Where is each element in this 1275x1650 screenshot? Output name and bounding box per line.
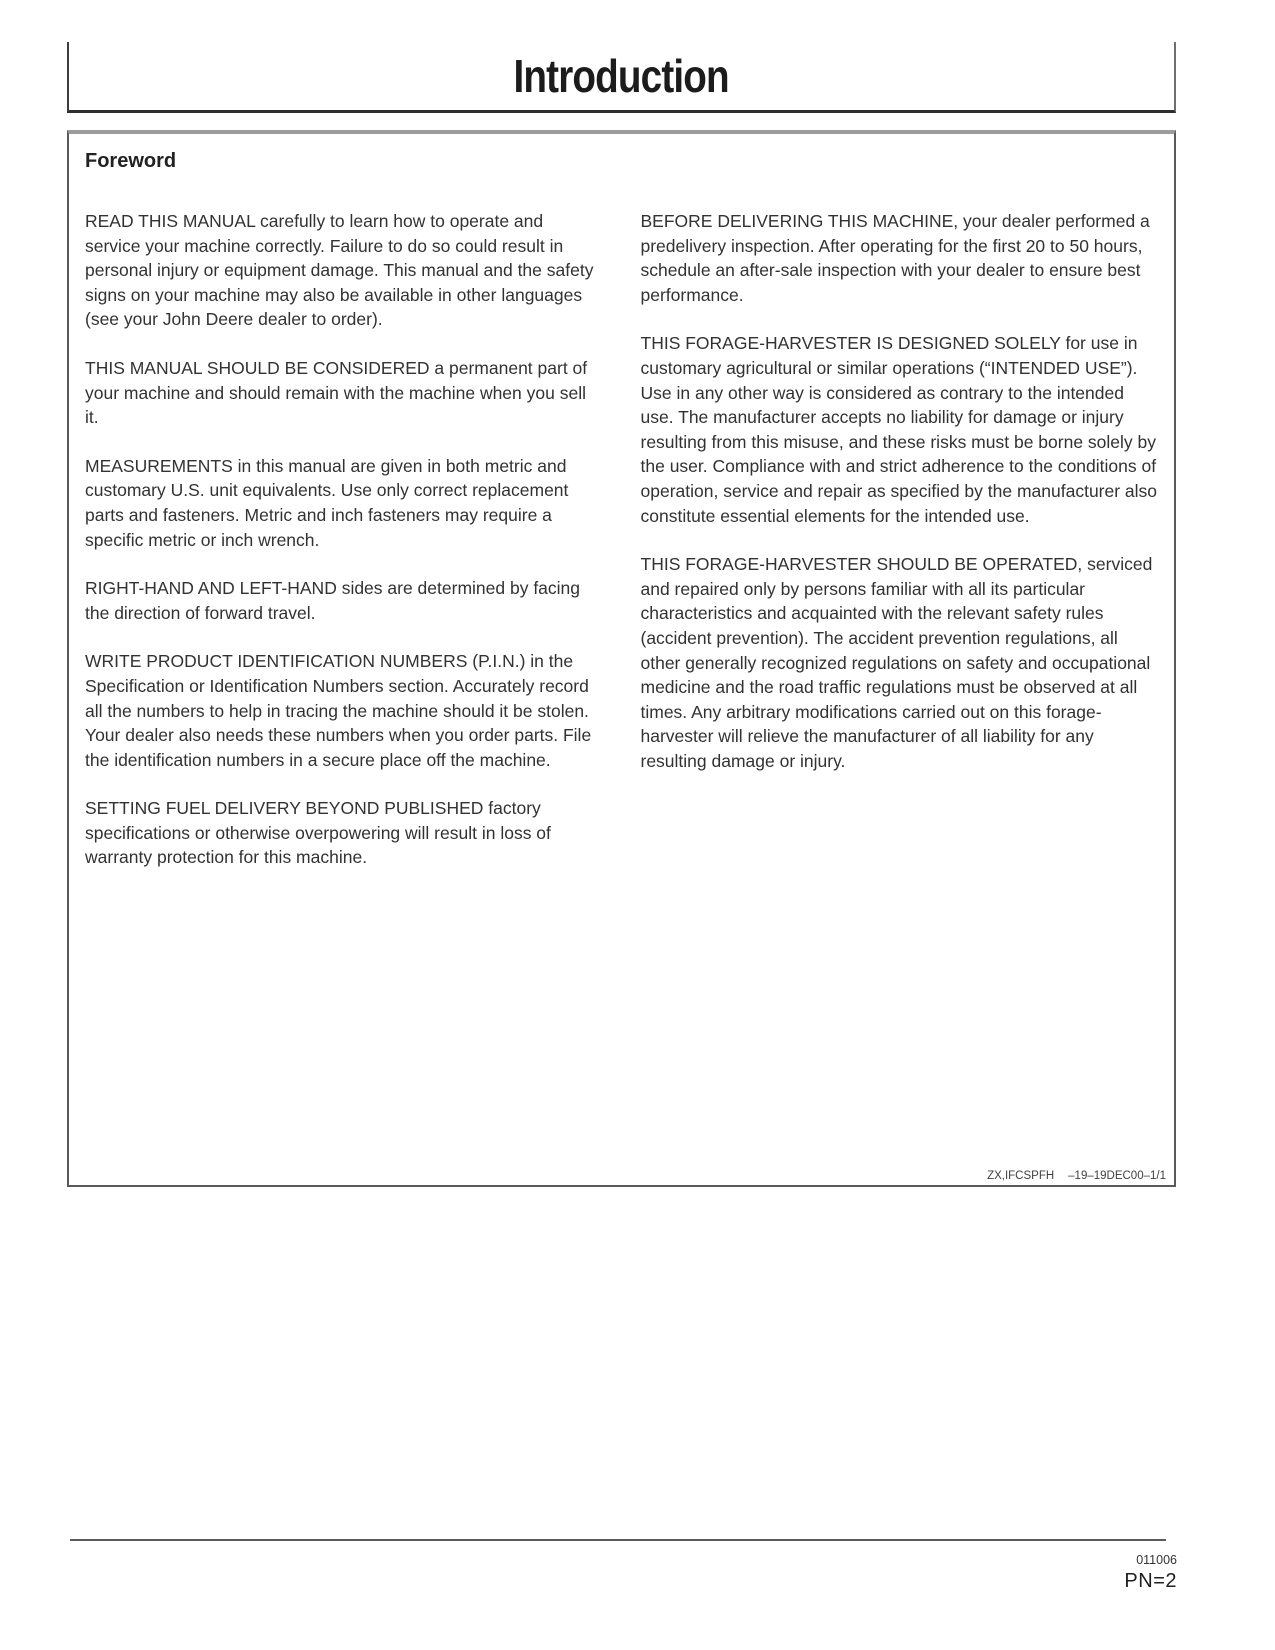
revision-stamp: ZX,IFCSPFH–19–19DEC00–1/1 (987, 1170, 1166, 1182)
stamp-code: ZX,IFCSPFH (987, 1170, 1054, 1182)
paragraph-manual-considered: THIS MANUAL SHOULD BE CONSIDERED a perma… (85, 356, 603, 430)
footer-divider (70, 1539, 1166, 1541)
paragraph-fuel-delivery: SETTING FUEL DELIVERY BEYOND PUBLISHED f… (85, 796, 603, 870)
paragraph-measurements: MEASUREMENTS in this manual are given in… (85, 454, 603, 552)
page-title: Introduction (514, 49, 729, 103)
right-column: BEFORE DELIVERING THIS MACHINE, your dea… (641, 209, 1159, 894)
paragraph-right-left-hand: RIGHT-HAND AND LEFT-HAND sides are deter… (85, 576, 603, 625)
foreword-columns: READ THIS MANUAL carefully to learn how … (83, 209, 1160, 894)
paragraph-intended-use: THIS FORAGE-HARVESTER IS DESIGNED SOLELY… (641, 331, 1159, 528)
section-title-box: Introduction (67, 42, 1176, 113)
foreword-section: Foreword READ THIS MANUAL carefully to l… (67, 130, 1176, 1187)
left-column: READ THIS MANUAL carefully to learn how … (85, 209, 603, 894)
paragraph-read-this-manual: READ THIS MANUAL carefully to learn how … (85, 209, 603, 332)
page-number: PN=2 (1124, 1570, 1177, 1593)
paragraph-operated-by-persons: THIS FORAGE-HARVESTER SHOULD BE OPERATED… (641, 552, 1159, 773)
paragraph-before-delivering: BEFORE DELIVERING THIS MACHINE, your dea… (641, 209, 1159, 307)
page-footer: 011006 PN=2 (1124, 1553, 1177, 1593)
doc-number: 011006 (1124, 1553, 1177, 1567)
stamp-revision: –19–19DEC00–1/1 (1068, 1170, 1166, 1182)
manual-page: Introduction Foreword READ THIS MANUAL c… (0, 0, 1275, 1650)
foreword-heading: Foreword (85, 150, 1160, 173)
paragraph-write-pin: WRITE PRODUCT IDENTIFICATION NUMBERS (P.… (85, 649, 603, 772)
